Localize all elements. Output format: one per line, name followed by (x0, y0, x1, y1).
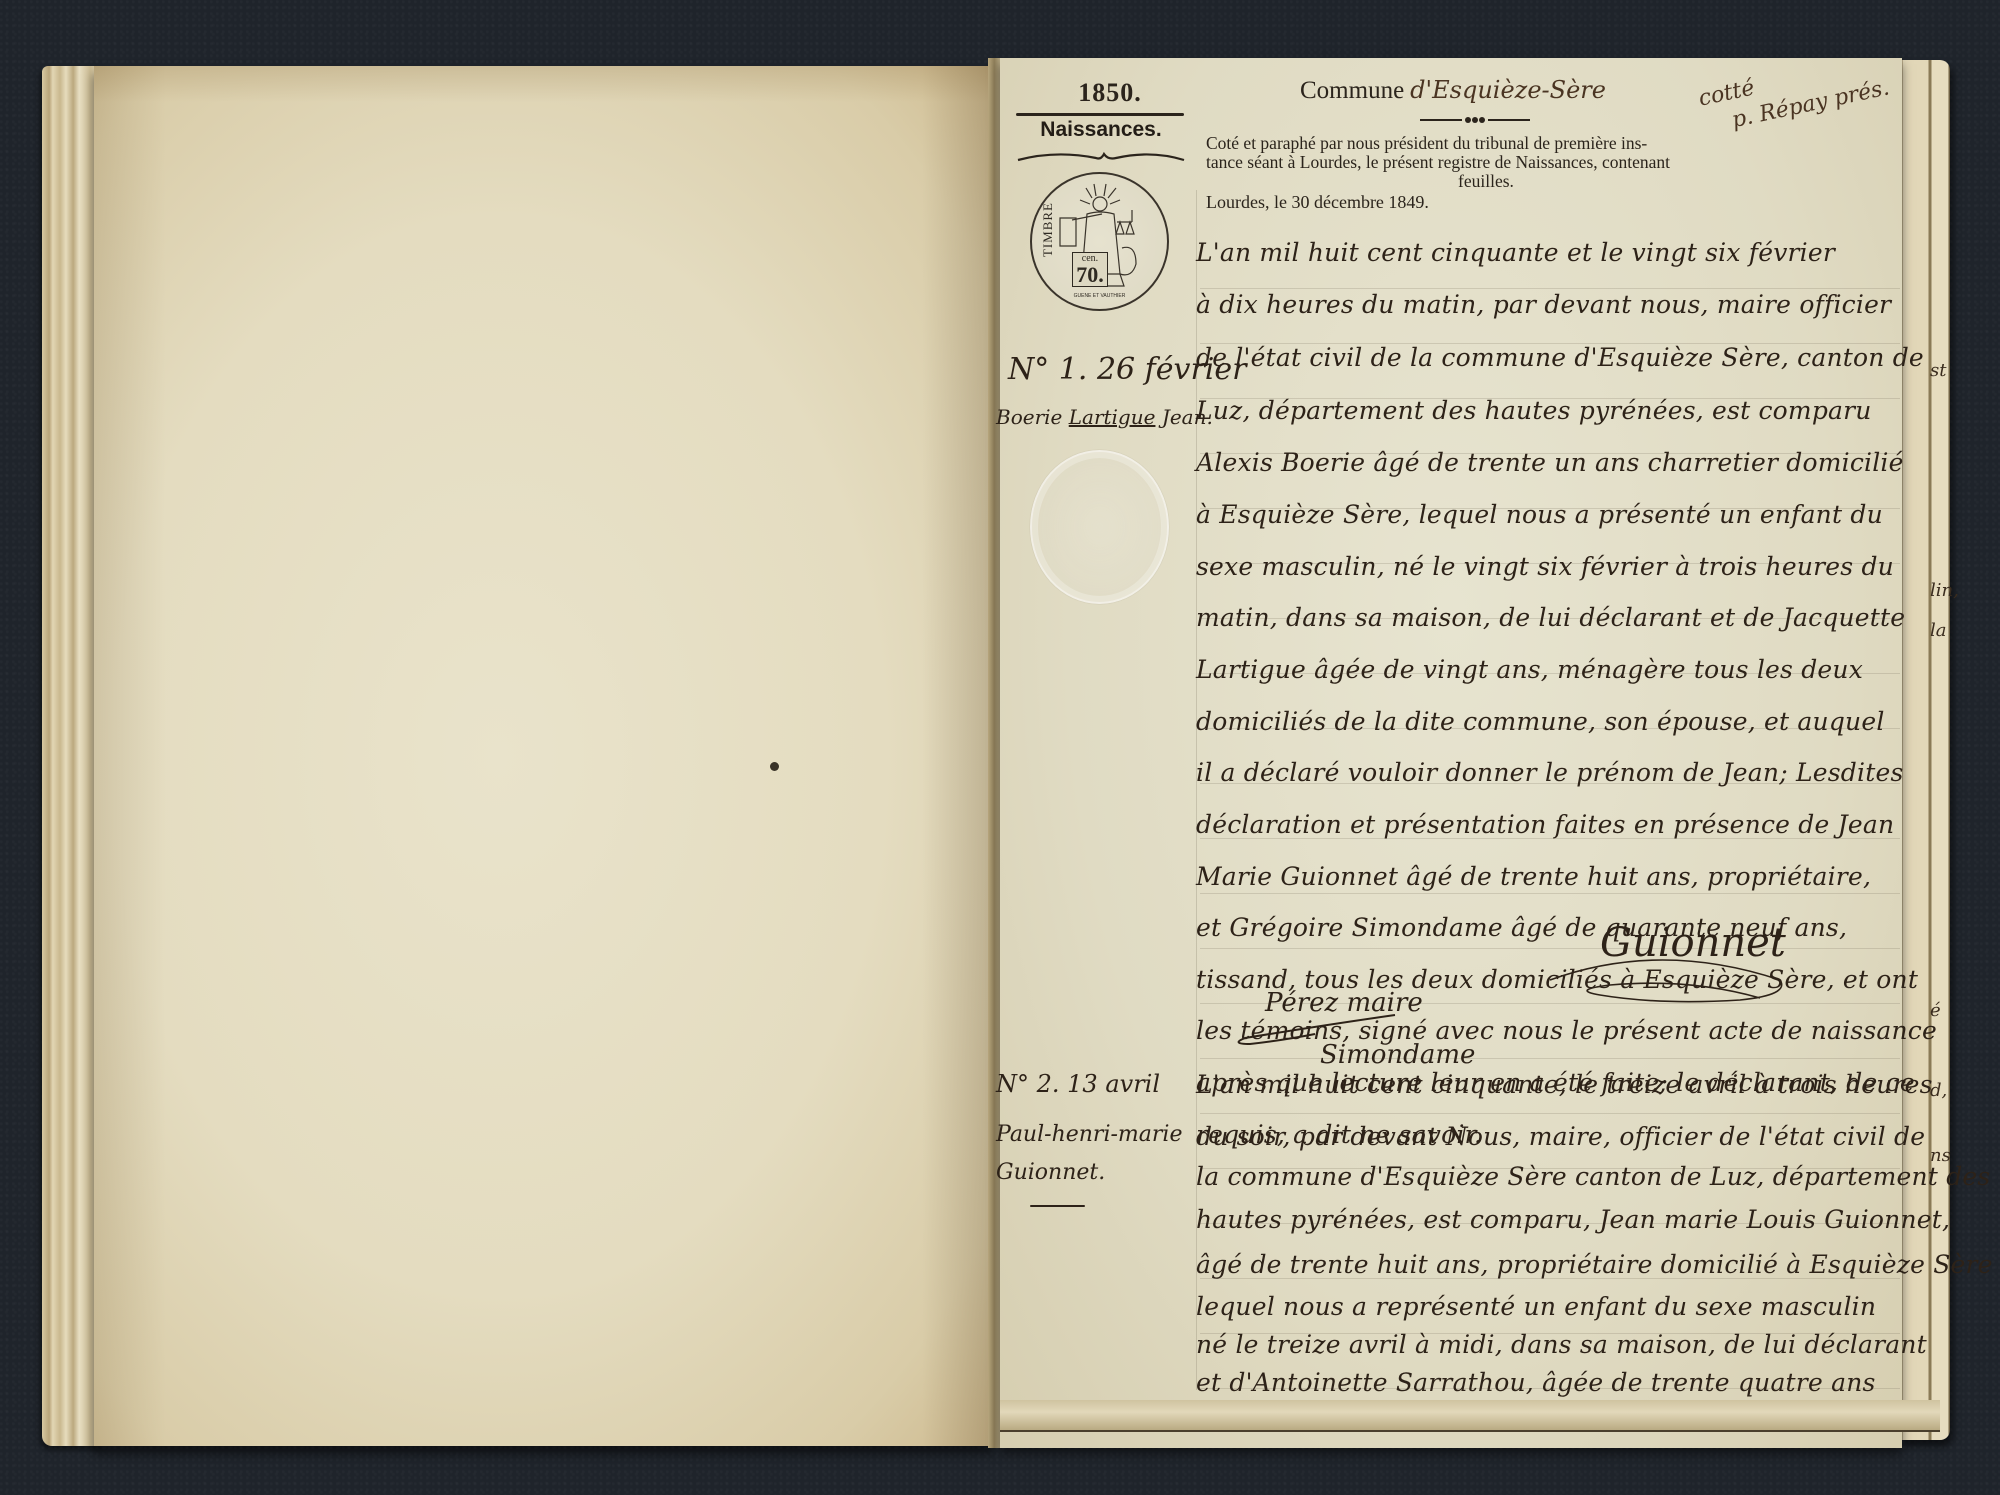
entry-line: sexe masculin, né le vingt six février à… (1196, 552, 1894, 581)
signature-flourish-icon (1540, 950, 1800, 1020)
edge-fragment: st (1930, 360, 1946, 381)
entry-line: lequel nous a représenté un enfant du se… (1196, 1292, 1876, 1321)
entry-line: Marie Guionnet âgé de trente huit ans, p… (1196, 862, 1871, 891)
register-year: 1850. (1050, 78, 1170, 108)
entry-margin-name: Guionnet. (996, 1160, 1105, 1185)
entry-line: à Esquièze Sère, lequel nous a présenté … (1196, 500, 1883, 529)
stamp-value: cen. 70. (1072, 252, 1108, 287)
printed-certification: Coté et paraphé par nous président du tr… (1206, 134, 1766, 212)
entry-line: déclaration et présentation faites en pr… (1196, 810, 1894, 839)
entry-margin-name: Boerie Lartigue Jean. (996, 405, 1213, 429)
entry-line: du soir, par devant Nous, maire, officie… (1196, 1122, 1925, 1151)
entry-line: L'an mil huit cent cinquante et le vingt… (1196, 238, 1835, 267)
left-blank-page (94, 66, 994, 1446)
entry-line: de l'état civil de la commune d'Esquièze… (1196, 343, 1924, 372)
edge-fragment: lin, (1930, 580, 1959, 601)
entry-line: domiciliés de la dite commune, son épous… (1196, 707, 1885, 736)
entry-line: matin, dans sa maison, de lui déclarant … (1196, 603, 1905, 632)
entry-line: Luz, département des hautes pyrénées, es… (1196, 396, 1872, 425)
entry-line: la commune d'Esquièze Sère canton de Luz… (1196, 1162, 1990, 1191)
header-ornament-icon (1420, 114, 1530, 126)
entry-line: L'an mil huit cent cinquante, le treize … (1196, 1070, 1933, 1099)
ink-speck (770, 762, 779, 771)
stamp-maker: GUENE ET VAUTHIER (1032, 293, 1167, 299)
entry-margin-name: Paul-henri-marie (996, 1122, 1182, 1147)
entry-line: né le treize avril à midi, dans sa maiso… (1196, 1330, 1927, 1359)
entry-line: hautes pyrénées, est comparu, Jean marie… (1196, 1205, 1950, 1234)
commune-label: Commune (1300, 77, 1404, 104)
section-title: Naissances. (1016, 118, 1186, 142)
open-register-book: st lin, la é d, ns 1850. Naissances. Com… (0, 0, 2000, 1495)
entry-line: Lartigue âgée de vingt ans, ménagère tou… (1196, 655, 1863, 684)
underlined-surname: Lartigue (1069, 405, 1156, 429)
commune-name-handwritten: d'Esquièze-Sère (1410, 76, 1606, 104)
entry-line: il a déclaré vouloir donner le prénom de… (1196, 758, 1903, 787)
certification-date: Lourdes, le 30 décembre 1849. (1206, 193, 1766, 212)
entry-line: à dix heures du matin, par devant nous, … (1196, 290, 1891, 319)
entry-line: Alexis Boerie âgé de trente un ans charr… (1196, 448, 1904, 477)
tax-stamp: TIMBRE cen. 70. GUENE ET VAUTHIER (1030, 172, 1169, 311)
entry-separator (1030, 1205, 1085, 1207)
signature-simondame: Simondame (1320, 1040, 1475, 1070)
year-rule (1016, 113, 1184, 116)
swash-ornament-icon (1016, 148, 1186, 164)
entry-number: N° 2. 13 avril (996, 1070, 1160, 1098)
stamp-label: TIMBRE (1040, 202, 1056, 257)
entry-line: et d'Antoinette Sarrathou, âgée de trent… (1196, 1368, 1876, 1397)
bottom-leaf-edge (1000, 1400, 1940, 1432)
commune-heading: Communed'Esquièze-Sère (1300, 76, 1606, 105)
embossed-seal (1030, 450, 1169, 604)
entry-line: âgé de trente huit ans, propriétaire dom… (1196, 1250, 1993, 1279)
edge-fragment: la (1930, 620, 1947, 641)
left-page-stack-edges (42, 66, 102, 1446)
